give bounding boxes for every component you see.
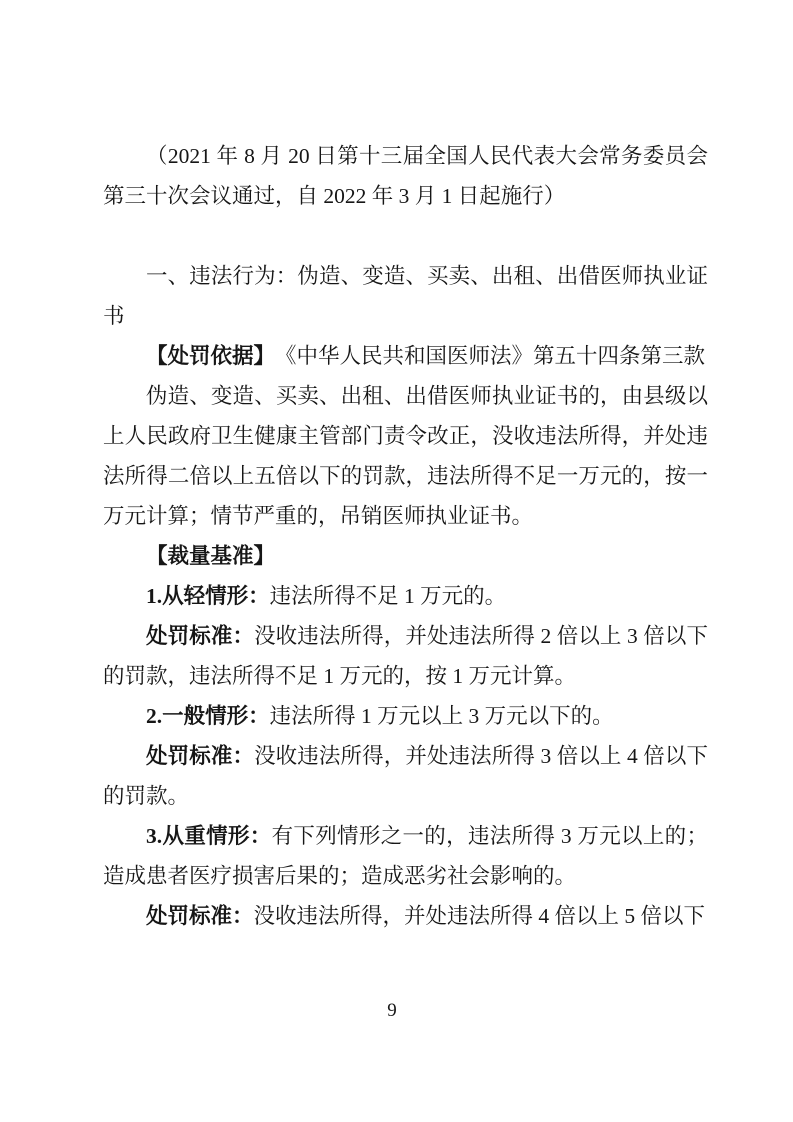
discretion-item-general-penalty: 处罚标准：没收违法所得，并处违法所得 3 倍以上 4 倍以下的罚款。 (103, 736, 708, 816)
discretion-item-text: 违法所得不足 1 万元的。 (270, 584, 507, 608)
discretion-item-severe-penalty: 处罚标准：没收违法所得，并处违法所得 4 倍以上 5 倍以下 (103, 896, 708, 936)
discretion-item-general: 2.一般情形：违法所得 1 万元以上 3 万元以下的。 (103, 696, 708, 736)
discretion-heading: 【裁量基准】 (103, 536, 708, 576)
discretion-item-text: 违法所得 1 万元以上 3 万元以下的。 (270, 704, 614, 728)
preamble-paragraph: （2021 年 8 月 20 日第十三届全国人民代表大会常务委员会第三十次会议通… (103, 136, 708, 216)
blank-line (103, 216, 708, 256)
discretion-item-label: 处罚标准： (146, 904, 254, 928)
discretion-item-label: 处罚标准： (146, 744, 254, 768)
violation-heading: 一、违法行为：伪造、变造、买卖、出租、出借医师执业证书 (103, 256, 708, 336)
penalty-basis-paragraph: 【处罚依据】 《中华人民共和国医师法》第五十四条第三款 (103, 336, 708, 376)
statute-paragraph: 伪造、变造、买卖、出租、出借医师执业证书的，由县级以上人民政府卫生健康主管部门责… (103, 376, 708, 536)
discretion-item-light: 1.从轻情形：违法所得不足 1 万元的。 (103, 576, 708, 616)
document-body: （2021 年 8 月 20 日第十三届全国人民代表大会常务委员会第三十次会议通… (103, 136, 708, 936)
page-footer: 9 (0, 999, 784, 1023)
document-page: （2021 年 8 月 20 日第十三届全国人民代表大会常务委员会第三十次会议通… (0, 0, 793, 1122)
discretion-item-light-penalty: 处罚标准：没收违法所得，并处违法所得 2 倍以上 3 倍以下的罚款，违法所得不足… (103, 616, 708, 696)
discretion-item-label: 3.从重情形： (146, 824, 272, 848)
penalty-basis-text: 《中华人民共和国医师法》第五十四条第三款 (264, 344, 705, 368)
discretion-item-label: 1.从轻情形： (146, 584, 270, 608)
page-number: 9 (387, 1000, 397, 1021)
discretion-item-severe: 3.从重情形：有下列情形之一的，违法所得 3 万元以上的；造成患者医疗损害后果的… (103, 816, 708, 896)
discretion-item-text: 没收违法所得，并处违法所得 4 倍以上 5 倍以下 (254, 904, 706, 928)
discretion-item-label: 2.一般情形： (146, 704, 270, 728)
discretion-item-label: 处罚标准： (146, 624, 254, 648)
penalty-basis-label: 【处罚依据】 (146, 344, 264, 368)
